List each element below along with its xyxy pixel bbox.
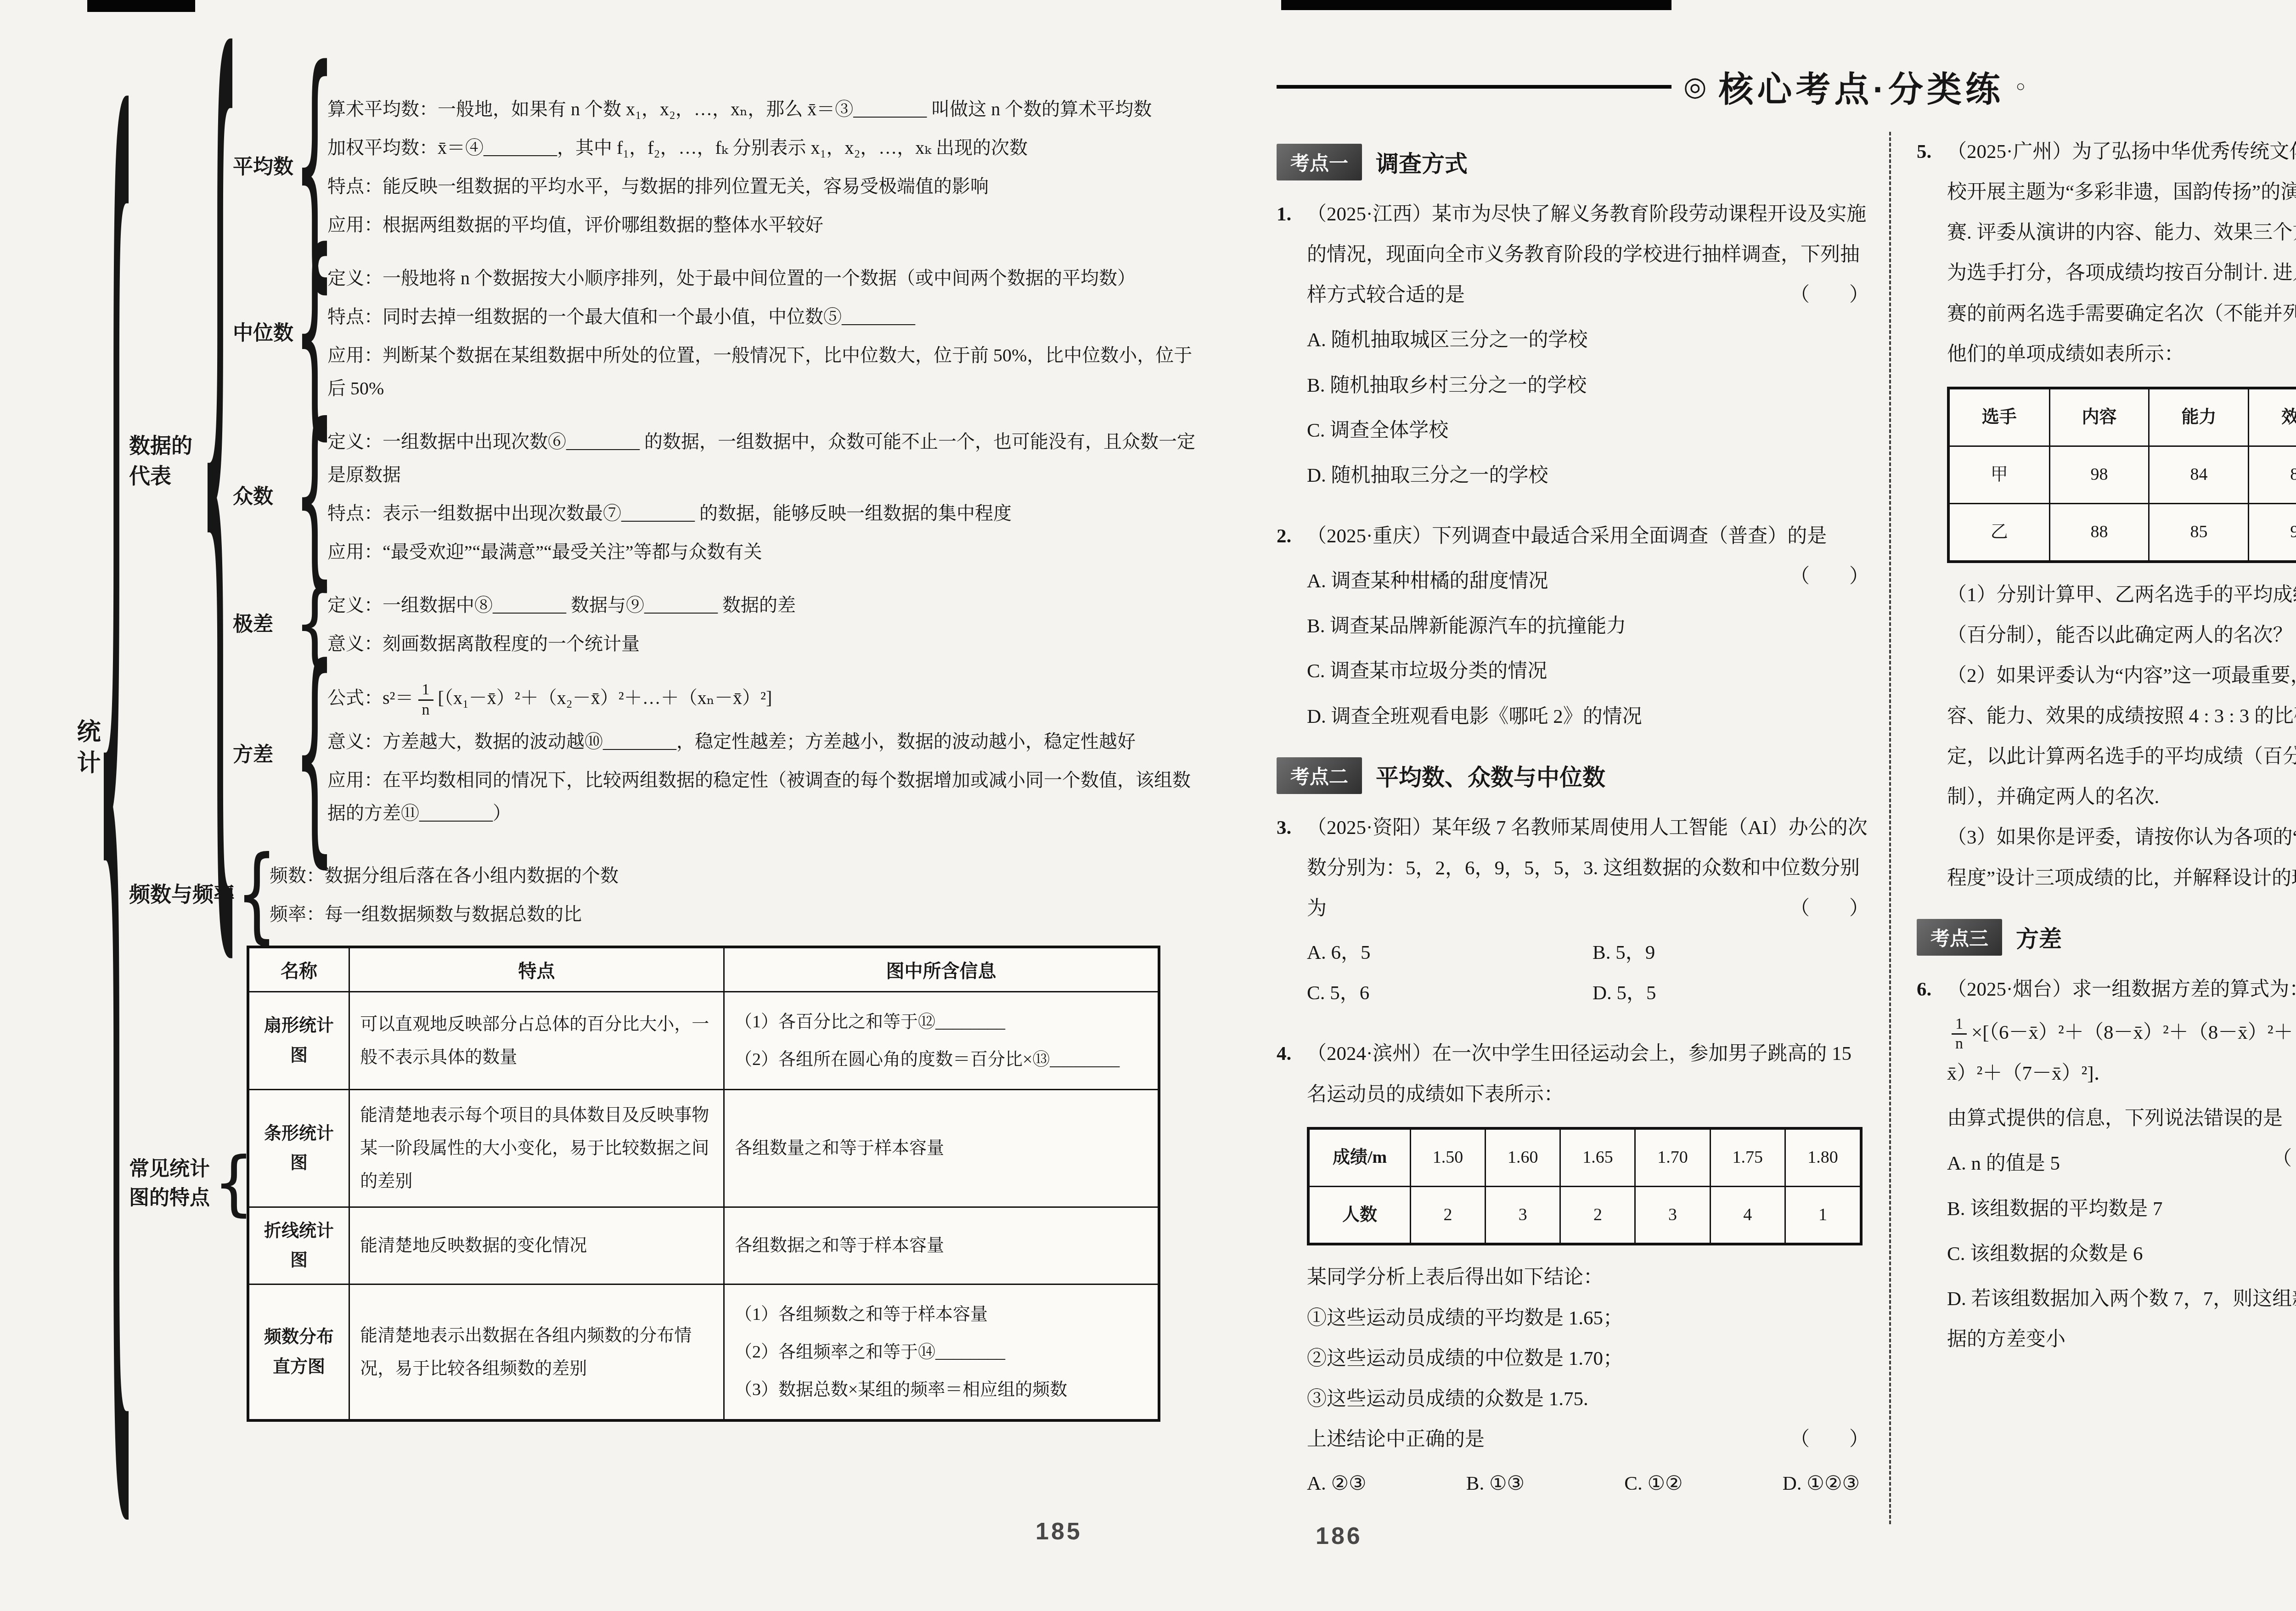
count-cell: 2 bbox=[1560, 1186, 1635, 1244]
score-cell: 1.65 bbox=[1560, 1128, 1635, 1186]
problem-2: 2. （2025·重庆）下列调查中最适合采用全面调查（普查）的是 （ ） A. … bbox=[1277, 516, 1869, 737]
count-cell: 2 bbox=[1411, 1186, 1486, 1244]
kaodian-3-badge: 考点三 bbox=[1917, 919, 2002, 956]
median-branch: 中位数 { 定义：一般地将 n 个数据按大小顺序排列，处于最中间位置的一个数据（… bbox=[233, 256, 1208, 411]
median-application-line: 应用：判断某个数据在某组数据中所处的位置，一般情况下，比中位数大，位于前 50%… bbox=[327, 339, 1208, 405]
right-page-exercises: ◎ 核心考点·分类练 ○ 考点一 调查方式 1. （2025·江西）某市为尽快了… bbox=[1277, 46, 2296, 1524]
problem-4-question-text: 上述结论中正确的是 bbox=[1307, 1429, 1485, 1450]
mode-branch: 众数 { 定义：一组数据中出现次数⑥________ 的数据，一组数据中，众数可… bbox=[233, 420, 1208, 574]
problem-6-question-text: 由算式提供的信息，下列说法错误的是 bbox=[1947, 1108, 2283, 1129]
problem-4-conclusion-2: ②这些运动员成绩的中位数是 1.70； bbox=[1307, 1339, 1869, 1379]
exercise-column-right: 5. （2025·广州）为了弘扬中华优秀传统文化，某校开展主题为“多彩非遗，国韵… bbox=[1889, 132, 2296, 1524]
variance-formula-prefix: 公式：s²＝ bbox=[327, 687, 414, 708]
line-info-1: 各组数据之和等于样本容量 bbox=[735, 1229, 1148, 1262]
statistics-root-branch: 统计 { 数据的代表 { 平均数 { 算术平均数：一般地，如果有 n 个数 x₁… bbox=[69, 69, 1208, 1431]
problem-1-option-d: D. 随机抽取三分之一的学校 bbox=[1307, 456, 1869, 496]
table-row: 乙 88 85 97 bbox=[1948, 503, 2296, 561]
header-ability: 能力 bbox=[2149, 388, 2249, 446]
scan-artifact-bar bbox=[1281, 0, 1671, 10]
problem-6-option-d: D. 若该组数据加入两个数 7，7，则这组新数据的方差变小 bbox=[1947, 1279, 2296, 1360]
common-charts-label: 常见统计图的特点 bbox=[129, 1155, 221, 1213]
problem-1-option-c: C. 调查全体学校 bbox=[1307, 411, 1869, 451]
problem-4-after-table: 某同学分析上表后得出如下结论： bbox=[1307, 1257, 1869, 1298]
histogram-feature: 能清楚地表示出数据在各组内频数的分布情况，易于比较各组频数的差别 bbox=[349, 1284, 724, 1420]
header-content: 内容 bbox=[2049, 388, 2149, 446]
problem-5-question-1: （1）分别计算甲、乙两名选手的平均成绩（百分制），能否以此确定两人的名次？ bbox=[1947, 575, 2296, 656]
variance-branch: 方差 { 公式：s²＝1n[（x₁－x̄）²＋（x₂－x̄）²＋…＋（xₙ－x̄… bbox=[233, 675, 1208, 835]
jia-ability-score: 84 bbox=[2149, 446, 2249, 503]
mode-feature-line: 特点：表示一组数据中出现次数最⑦________ 的数据，能够反映一组数据的集中… bbox=[327, 497, 1208, 530]
problem-3: 3. （2025·资阳）某年级 7 名教师某周使用人工智能（AI）办公的次数分别… bbox=[1277, 808, 1869, 1014]
histogram-info-1: （1）各组频数之和等于样本容量 bbox=[735, 1298, 1148, 1331]
section-title: 核心考点·分类练 bbox=[1719, 62, 2004, 112]
page-number-right: 186 bbox=[1316, 1522, 1362, 1550]
kaodian-1-title: 调查方式 bbox=[1376, 146, 1468, 179]
problem-5: 5. （2025·广州）为了弘扬中华优秀传统文化，某校开展主题为“多彩非遗，国韵… bbox=[1917, 132, 2296, 899]
problem-1: 1. （2025·江西）某市为尽快了解义务教育阶段劳动课程开设及实施的情况，现面… bbox=[1277, 194, 1869, 496]
range-branch: 极差 { 定义：一组数据中⑧________ 数据与⑨________ 数据的差… bbox=[233, 583, 1208, 666]
problem-5-stem: （2025·广州）为了弘扬中华优秀传统文化，某校开展主题为“多彩非遗，国韵传扬”… bbox=[1947, 141, 2296, 365]
answer-bracket: （ ） bbox=[1790, 889, 1869, 929]
variance-application-line: 应用：在平均数相同的情况下，比较两组数据的稳定性（被调查的每个数据增加或减小同一… bbox=[327, 764, 1208, 830]
brace-icon: { bbox=[244, 863, 270, 927]
problem-4: 4. （2024·滨州）在一次中学生田径运动会上，参加男子跳高的 15 名运动员… bbox=[1277, 1034, 1869, 1504]
frequency-branch: 频数与频率 { 频数：数据分组后落在各小组内数据的个数 频率：每一组数据频数与数… bbox=[129, 854, 1208, 936]
kaodian-1-badge: 考点一 bbox=[1277, 144, 1362, 180]
header-contestant: 选手 bbox=[1948, 388, 2049, 446]
mean-arithmetic-line: 算术平均数：一般地，如果有 n 个数 x₁，x₂，…，xₙ，那么 x̄＝③___… bbox=[327, 93, 1208, 126]
problem-4-number: 4. bbox=[1277, 1034, 1291, 1074]
median-content: 定义：一般地将 n 个数据按大小顺序排列，处于最中间位置的一个数据（或中间两个数… bbox=[327, 256, 1208, 411]
problem-4-option-c: C. ①② bbox=[1624, 1464, 1683, 1504]
problem-6-option-a: A. n 的值是 5 bbox=[1947, 1143, 2296, 1184]
pie-chart-feature: 可以直观地反映部分占总体的百分比大小，一般不表示具体的数量 bbox=[349, 991, 724, 1089]
count-cell: 3 bbox=[1635, 1186, 1710, 1244]
answer-bracket: （ ） bbox=[1790, 557, 1869, 597]
problem-3-options: A. 6，5 B. 5，9 C. 5，6 D. 5，5 bbox=[1307, 933, 1869, 1014]
problem-2-option-b: B. 调查某品牌新能源汽车的抗撞能力 bbox=[1307, 606, 1869, 647]
mode-label: 众数 bbox=[233, 482, 302, 512]
score-row-label: 成绩/m bbox=[1308, 1128, 1411, 1186]
problem-4-option-d: D. ①②③ bbox=[1783, 1464, 1860, 1504]
problem-2-option-d: D. 调查全班观看电影《哪吒 2》的情况 bbox=[1307, 697, 1869, 737]
score-cell: 1.50 bbox=[1411, 1128, 1486, 1186]
brace-icon: { bbox=[103, 718, 129, 782]
bar-chart-name: 条形统计图 bbox=[248, 1089, 349, 1207]
pie-chart-name: 扇形统计图 bbox=[248, 991, 349, 1089]
common-charts-content: 名称 特点 图中所含信息 扇形统计图 可以直观地反映部分占总体的百分比大小，一般… bbox=[247, 946, 1208, 1422]
table-row: 扇形统计图 可以直观地反映部分占总体的百分比大小，一般不表示具体的数量 （1）各… bbox=[248, 991, 1159, 1089]
common-charts-branch: 常见统计图的特点 { 名称 特点 图中所含信息 扇形统计图 可以直观地反映部分占… bbox=[129, 946, 1208, 1422]
header-feature: 特点 bbox=[349, 947, 724, 992]
yi-ability-score: 85 bbox=[2149, 503, 2249, 561]
fraction: 1n bbox=[418, 681, 433, 720]
table-row: 条形统计图 能清楚地表示每个项目的具体数目及反映事物某一阶段属性的大小变化，易于… bbox=[248, 1089, 1159, 1207]
problem-6-stem: （2025·烟台）求一组数据方差的算式为：s²＝ bbox=[1947, 979, 2296, 1000]
bar-info-1: 各组数量之和等于样本容量 bbox=[735, 1132, 1148, 1165]
problem-3-number: 3. bbox=[1277, 808, 1291, 848]
brace-icon: { bbox=[207, 429, 233, 493]
data-representatives-branch: 数据的代表 { 平均数 { 算术平均数：一般地，如果有 n 个数 x₁，x₂，…… bbox=[129, 78, 1208, 845]
contestant-jia: 甲 bbox=[1948, 446, 2049, 503]
problem-4-question: 上述结论中正确的是 （ ） bbox=[1307, 1419, 1869, 1460]
histogram-info-2: （2）各组频率之和等于⑭________ bbox=[735, 1335, 1148, 1369]
mean-content: 算术平均数：一般地，如果有 n 个数 x₁，x₂，…，xₙ，那么 x̄＝③___… bbox=[327, 87, 1208, 247]
problem-3-option-c: C. 5，6 bbox=[1307, 973, 1583, 1014]
answer-bracket: （ ） bbox=[1790, 275, 1869, 315]
problem-4-options: A. ②③ B. ①③ C. ①② D. ①②③ bbox=[1307, 1464, 1869, 1504]
problem-6-formula: 1n×[（6－x̄）²＋（8－x̄）²＋（8－x̄）²＋（6－x̄）²＋（7－x… bbox=[1947, 1013, 2296, 1094]
data-representatives-label: 数据的代表 bbox=[129, 431, 207, 492]
high-jump-results-table: 成绩/m 1.50 1.60 1.65 1.70 1.75 1.80 人数 2 … bbox=[1307, 1127, 1863, 1246]
problem-3-stem: （2025·资阳）某年级 7 名教师某周使用人工智能（AI）办公的次数分别为：5… bbox=[1307, 817, 1868, 919]
score-cell: 1.60 bbox=[1486, 1128, 1560, 1186]
problem-1-option-a: A. 随机抽取城区三分之一的学校 bbox=[1307, 320, 1869, 361]
problem-1-option-b: B. 随机抽取乡村三分之一的学校 bbox=[1307, 366, 1869, 406]
header-rule-line bbox=[1277, 85, 1671, 89]
problem-6-formula-body: ×[（6－x̄）²＋（8－x̄）²＋（8－x̄）²＋（6－x̄）²＋（7－x̄）… bbox=[1947, 1022, 2296, 1084]
problem-4-option-b: B. ①③ bbox=[1466, 1464, 1525, 1504]
mean-branch: 平均数 { 算术平均数：一般地，如果有 n 个数 x₁，x₂，…，xₙ，那么 x… bbox=[233, 87, 1208, 247]
answer-bracket: （ ） bbox=[2272, 1139, 2296, 1179]
count-cell: 4 bbox=[1710, 1186, 1785, 1244]
problem-6-number: 6. bbox=[1917, 969, 1931, 1010]
line-chart-feature: 能清楚地反映数据的变化情况 bbox=[349, 1207, 724, 1284]
circle-icon: ○ bbox=[2016, 78, 2026, 96]
problem-6-option-c: C. 该组数据的众数是 6 bbox=[1947, 1234, 2296, 1274]
count-cell: 3 bbox=[1486, 1186, 1560, 1244]
root-content: 数据的代表 { 平均数 { 算术平均数：一般地，如果有 n 个数 x₁，x₂，…… bbox=[129, 69, 1208, 1431]
pie-info-1: （1）各百分比之和等于⑫________ bbox=[735, 1005, 1148, 1038]
problem-6: 6. （2025·烟台）求一组数据方差的算式为：s²＝ 1n×[（6－x̄）²＋… bbox=[1917, 969, 2296, 1360]
two-column-layout: 考点一 调查方式 1. （2025·江西）某市为尽快了解义务教育阶段劳动课程开设… bbox=[1277, 132, 2296, 1524]
problem-1-stem: （2025·江西）某市为尽快了解义务教育阶段劳动课程开设及实施的情况，现面向全市… bbox=[1307, 203, 1866, 306]
fraction-numerator: 1 bbox=[418, 681, 433, 699]
data-representatives-content: 平均数 { 算术平均数：一般地，如果有 n 个数 x₁，x₂，…，xₙ，那么 x… bbox=[233, 78, 1208, 845]
kaodian-3-title: 方差 bbox=[2016, 921, 2062, 954]
range-meaning-line: 意义：刻画数据离散程度的一个统计量 bbox=[327, 627, 1208, 660]
bar-chart-feature: 能清楚地表示每个项目的具体数目及反映事物某一阶段属性的大小变化，易于比较数据之间… bbox=[349, 1089, 724, 1207]
variance-content: 公式：s²＝1n[（x₁－x̄）²＋（x₂－x̄）²＋…＋（xₙ－x̄）²] 意… bbox=[327, 675, 1208, 835]
range-definition-line: 定义：一组数据中⑧________ 数据与⑨________ 数据的差 bbox=[327, 589, 1208, 622]
score-cell: 1.80 bbox=[1785, 1128, 1861, 1186]
problem-3-option-b: B. 5，9 bbox=[1593, 933, 1869, 973]
histogram-name: 频数分布直方图 bbox=[248, 1284, 349, 1420]
problem-4-option-a: A. ②③ bbox=[1307, 1464, 1367, 1504]
variance-meaning-line: 意义：方差越大，数据的波动越⑩________，稳定性越差；方差越小，数据的波动… bbox=[327, 725, 1208, 758]
count-cell: 1 bbox=[1785, 1186, 1861, 1244]
median-definition-line: 定义：一般地将 n 个数据按大小顺序排列，处于最中间位置的一个数据（或中间两个数… bbox=[327, 262, 1208, 295]
bar-chart-info: 各组数量之和等于样本容量 bbox=[724, 1089, 1159, 1207]
fraction-numerator: 1 bbox=[1952, 1015, 1967, 1034]
frequency-count-line: 频数：数据分组后落在各小组内数据的个数 bbox=[270, 859, 1208, 892]
table-row: 成绩/m 1.50 1.60 1.65 1.70 1.75 1.80 bbox=[1308, 1128, 1861, 1186]
table-header-row: 选手 内容 能力 效果 bbox=[1948, 388, 2296, 446]
problem-3-option-a: A. 6，5 bbox=[1307, 933, 1583, 973]
problem-4-stem: （2024·滨州）在一次中学生田径运动会上，参加男子跳高的 15 名运动员的成绩… bbox=[1307, 1043, 1851, 1105]
table-header-row: 名称 特点 图中所含信息 bbox=[248, 947, 1159, 992]
kaodian-2-badge: 考点二 bbox=[1277, 757, 1362, 794]
pie-info-2: （2）各组所在圆心角的度数＝百分比×⑬________ bbox=[735, 1043, 1148, 1076]
section-header: ◎ 核心考点·分类练 ○ bbox=[1277, 62, 2296, 112]
kaodian-1: 考点一 调查方式 bbox=[1277, 144, 1869, 180]
mode-definition-line: 定义：一组数据中出现次数⑥________ 的数据，一组数据中，众数可能不止一个… bbox=[327, 425, 1208, 491]
frequency-rate-line: 频率：每一组数据频数与数据总数的比 bbox=[270, 898, 1208, 931]
bullseye-icon: ◎ bbox=[1683, 73, 1707, 100]
problem-2-number: 2. bbox=[1277, 516, 1291, 557]
answer-bracket: （ ） bbox=[1790, 1419, 1869, 1460]
variance-formula-body: [（x₁－x̄）²＋（x₂－x̄）²＋…＋（xₙ－x̄）²] bbox=[438, 687, 772, 708]
problem-5-question-3: （3）如果你是评委，请按你认为各项的“重要程度”设计三项成绩的比，并解释设计的理… bbox=[1947, 817, 2296, 898]
problem-4-conclusion-3: ③这些运动员成绩的众数是 1.75. bbox=[1307, 1379, 1869, 1419]
median-feature-line: 特点：同时去掉一组数据的一个最大值和一个最小值，中位数⑤________ bbox=[327, 300, 1208, 333]
mean-weighted-line: 加权平均数：x̄＝④________，其中 f₁，f₂，…，fₖ 分别表示 x₁… bbox=[327, 131, 1208, 164]
brace-icon: { bbox=[302, 135, 327, 199]
contestant-yi: 乙 bbox=[1948, 503, 2049, 561]
chart-types-table: 名称 特点 图中所含信息 扇形统计图 可以直观地反映部分占总体的百分比大小，一般… bbox=[247, 946, 1160, 1422]
problem-5-number: 5. bbox=[1917, 132, 1931, 172]
problem-1-number: 1. bbox=[1277, 194, 1291, 235]
problem-5-question-2: （2）如果评委认为“内容”这一项最重要，内容、能力、效果的成绩按照 4 : 3 … bbox=[1947, 656, 2296, 818]
brace-icon: { bbox=[302, 301, 327, 366]
kaodian-2: 考点二 平均数、众数与中位数 bbox=[1277, 757, 1869, 794]
problem-6-question: 由算式提供的信息，下列说法错误的是 （ ） bbox=[1947, 1098, 2296, 1139]
histogram-info-3: （3）数据总数×某组的频率＝相应组的频数 bbox=[735, 1373, 1148, 1406]
exercise-column-left: 考点一 调查方式 1. （2025·江西）某市为尽快了解义务教育阶段劳动课程开设… bbox=[1277, 132, 1889, 1524]
histogram-info: （1）各组频数之和等于样本容量 （2）各组频率之和等于⑭________ （3）… bbox=[724, 1284, 1159, 1420]
range-label: 极差 bbox=[233, 610, 302, 639]
table-row: 甲 98 84 88 bbox=[1948, 446, 2296, 503]
mode-content: 定义：一组数据中出现次数⑥________ 的数据，一组数据中，众数可能不止一个… bbox=[327, 420, 1208, 574]
page-number-left: 185 bbox=[1035, 1518, 1082, 1545]
problem-6-option-b: B. 该组数据的平均数是 7 bbox=[1947, 1189, 2296, 1229]
left-page-concept-map: 统计 { 数据的代表 { 平均数 { 算术平均数：一般地，如果有 n 个数 x₁… bbox=[69, 69, 1208, 1431]
mean-application-line: 应用：根据两组数据的平均值，评价哪组数据的整体水平较好 bbox=[327, 208, 1208, 242]
header-info: 图中所含信息 bbox=[724, 947, 1159, 992]
score-cell: 1.70 bbox=[1635, 1128, 1710, 1186]
brace-icon: { bbox=[221, 1151, 247, 1216]
score-cell: 1.75 bbox=[1710, 1128, 1785, 1186]
kaodian-2-title: 平均数、众数与中位数 bbox=[1376, 759, 1605, 792]
fraction: 1n bbox=[1952, 1015, 1967, 1054]
yi-effect-score: 97 bbox=[2249, 503, 2296, 561]
problem-4-conclusion-1: ①这些运动员成绩的平均数是 1.65； bbox=[1307, 1298, 1869, 1339]
fraction-denominator: n bbox=[418, 699, 433, 720]
jia-content-score: 98 bbox=[2049, 446, 2149, 503]
speech-contest-scores-table: 选手 内容 能力 效果 甲 98 84 88 乙 88 85 bbox=[1947, 387, 2296, 563]
variance-formula-line: 公式：s²＝1n[（x₁－x̄）²＋（x₂－x̄）²＋…＋（xₙ－x̄）²] bbox=[327, 681, 1208, 720]
mean-feature-line: 特点：能反映一组数据的平均水平，与数据的排列位置无关，容易受极端值的影响 bbox=[327, 170, 1208, 203]
brace-icon: { bbox=[302, 465, 327, 529]
problem-3-option-d: D. 5，5 bbox=[1593, 973, 1869, 1014]
count-row-label: 人数 bbox=[1308, 1186, 1411, 1244]
jia-effect-score: 88 bbox=[2249, 446, 2296, 503]
problem-2-option-c: C. 调查某市垃圾分类的情况 bbox=[1307, 651, 1869, 692]
brace-icon: { bbox=[302, 723, 327, 787]
range-content: 定义：一组数据中⑧________ 数据与⑨________ 数据的差 意义：刻… bbox=[327, 583, 1208, 666]
table-row: 频数分布直方图 能清楚地表示出数据在各组内频数的分布情况，易于比较各组频数的差别… bbox=[248, 1284, 1159, 1420]
median-label: 中位数 bbox=[233, 319, 302, 348]
variance-label: 方差 bbox=[233, 740, 302, 770]
table-row: 人数 2 3 2 3 4 1 bbox=[1308, 1186, 1861, 1244]
table-row: 折线统计图 能清楚地反映数据的变化情况 各组数据之和等于样本容量 bbox=[248, 1207, 1159, 1284]
frequency-content: 频数：数据分组后落在各小组内数据的个数 频率：每一组数据频数与数据总数的比 bbox=[270, 854, 1208, 936]
problem-2-option-a: A. 调查某种柑橘的甜度情况 bbox=[1307, 561, 1869, 602]
line-chart-info: 各组数据之和等于样本容量 bbox=[724, 1207, 1159, 1284]
fraction-denominator: n bbox=[1952, 1033, 1967, 1053]
kaodian-3: 考点三 方差 bbox=[1917, 919, 2296, 956]
line-chart-name: 折线统计图 bbox=[248, 1207, 349, 1284]
mode-application-line: 应用：“最受欢迎”“最满意”“最受关注”等都与众数有关 bbox=[327, 535, 1208, 569]
mean-label: 平均数 bbox=[233, 152, 302, 182]
yi-content-score: 88 bbox=[2049, 503, 2149, 561]
header-effect: 效果 bbox=[2249, 388, 2296, 446]
pie-chart-info: （1）各百分比之和等于⑫________ （2）各组所在圆心角的度数＝百分比×⑬… bbox=[724, 991, 1159, 1089]
problem-2-stem: （2025·重庆）下列调查中最适合采用全面调查（普查）的是 bbox=[1307, 525, 1827, 547]
